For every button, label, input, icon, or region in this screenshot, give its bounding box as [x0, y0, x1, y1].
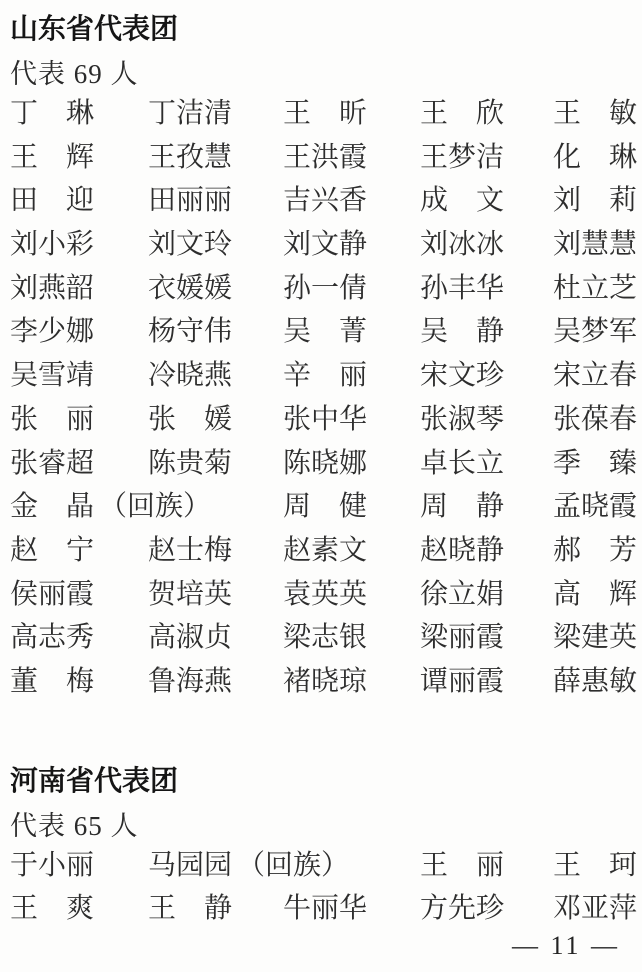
delegate-name-text: 徐立娟: [420, 579, 504, 611]
delegate-name-text: 丁洁清: [148, 98, 232, 130]
grid-row: 高志秀高淑贞梁志银梁丽霞梁建英: [10, 622, 632, 666]
delegate-name-text: 衣媛媛: [148, 273, 232, 305]
grid-row: 金晶（回族）周健周静孟晓霞: [10, 491, 632, 535]
grid-row: 吴雪靖冷晓燕辛丽宋文珍宋立春: [10, 360, 632, 404]
delegate-name: 张淑琴: [420, 404, 504, 436]
delegate-name: 方先珍: [420, 893, 504, 925]
delegate-name: 陈贵菊: [148, 448, 232, 480]
delegate-name-text: 杜立芝: [553, 273, 637, 305]
delegation-section-shandong: 山东省代表团 代表 69 人 丁琳丁洁清王昕王欣王敏王辉王孜慧王洪霞王梦洁化琳田…: [10, 12, 632, 710]
name-grid: 丁琳丁洁清王昕王欣王敏王辉王孜慧王洪霞王梦洁化琳田迎田丽丽吉兴香成文刘莉刘小彩刘…: [10, 98, 632, 710]
delegate-name-text: 刘文玲: [148, 229, 232, 261]
delegate-name: 侯丽霞: [10, 579, 94, 611]
delegate-name: 化琳: [553, 142, 637, 174]
delegate-name-text: 辛丽: [283, 360, 367, 392]
delegate-name: 刘莉: [553, 185, 637, 217]
delegate-name: 王珂: [553, 850, 637, 882]
delegate-name: 赵素文: [283, 535, 367, 567]
delegate-name: 吴菁: [283, 316, 367, 348]
delegate-name: 孙丰华: [420, 273, 504, 305]
delegate-name-text: 卓长立: [420, 448, 504, 480]
delegate-name: 成文: [420, 185, 504, 217]
page-number: — 11 —: [512, 931, 620, 961]
delegate-name-text: 于小丽: [10, 850, 94, 882]
delegate-name: 梁志银: [283, 622, 367, 654]
delegate-name: 鲁海燕: [148, 666, 232, 698]
delegate-name-text: 鲁海燕: [148, 666, 232, 698]
delegate-name: 陈晓娜: [283, 448, 367, 480]
delegate-name-text: 薛惠敏: [553, 666, 637, 698]
delegate-name-text: 董梅: [10, 666, 94, 698]
grid-row: 张睿超陈贵菊陈晓娜卓长立季臻: [10, 448, 632, 492]
delegate-name: 刘文玲: [148, 229, 232, 261]
grid-row: 田迎田丽丽吉兴香成文刘莉: [10, 185, 632, 229]
delegate-name-text: 周健: [283, 491, 367, 523]
delegate-name: 刘燕韶: [10, 273, 94, 305]
delegate-name-text: 王丽: [420, 850, 504, 882]
grid-row: 李少娜杨守伟吴菁吴静吴梦军: [10, 316, 632, 360]
delegate-name-text: 马园园: [148, 850, 232, 882]
delegate-name: 杨守伟: [148, 316, 232, 348]
delegate-name-text: 赵士梅: [148, 535, 232, 567]
delegate-name: 丁琳: [10, 98, 94, 130]
delegate-name: 邓亚萍: [553, 893, 637, 925]
delegate-name-text: 王孜慧: [148, 142, 232, 174]
delegate-name-text: 张淑琴: [420, 404, 504, 436]
delegate-name-text: 赵宁: [10, 535, 94, 567]
delegate-name-text: 贺培英: [148, 579, 232, 611]
delegate-name-text: 王爽: [10, 893, 94, 925]
delegate-name: 高淑贞: [148, 622, 232, 654]
delegate-name-text: 化琳: [553, 142, 637, 174]
delegate-name-text: 田迎: [10, 185, 94, 217]
delegate-name-text: 周静: [420, 491, 504, 523]
delegate-name-text: 高辉: [553, 579, 637, 611]
grid-row: 王辉王孜慧王洪霞王梦洁化琳: [10, 142, 632, 186]
delegate-name: 赵宁: [10, 535, 94, 567]
delegate-name-text: 方先珍: [420, 893, 504, 925]
delegate-name: 王昕: [283, 98, 367, 130]
delegate-name: 贺培英: [148, 579, 232, 611]
delegate-name-text: 吉兴香: [283, 185, 367, 217]
delegate-name-text: 王梦洁: [420, 142, 504, 174]
delegate-name-text: 褚晓琼: [283, 666, 367, 698]
delegate-name: 王静: [148, 893, 232, 925]
grid-row: 董梅鲁海燕褚晓琼谭丽霞薛惠敏: [10, 666, 632, 710]
delegate-name-text: 张葆春: [553, 404, 637, 436]
delegate-name-text: 高志秀: [10, 622, 94, 654]
delegate-name: 田丽丽: [148, 185, 232, 217]
delegate-name: 王孜慧: [148, 142, 232, 174]
delegate-name: 刘小彩: [10, 229, 94, 261]
delegate-name: 冷晓燕: [148, 360, 232, 392]
grid-row: 丁琳丁洁清王昕王欣王敏: [10, 98, 632, 142]
delegate-name-text: 宋立春: [553, 360, 637, 392]
delegate-name-text: 谭丽霞: [420, 666, 504, 698]
ethnic-note: （回族）: [99, 491, 211, 523]
delegate-name-text: 刘燕韶: [10, 273, 94, 305]
section-title: 山东省代表团: [10, 12, 632, 46]
delegate-name: 于小丽: [10, 850, 94, 882]
delegate-name: 郝芳: [553, 535, 637, 567]
delegate-name-text: 梁志银: [283, 622, 367, 654]
delegate-name-text: 吴梦军: [553, 316, 637, 348]
delegate-name-text: 宋文珍: [420, 360, 504, 392]
delegate-name: 王洪霞: [283, 142, 367, 174]
delegate-name: 孟晓霞: [553, 491, 637, 523]
delegate-name-text: 梁建英: [553, 622, 637, 654]
delegation-section-henan: 河南省代表团 代表 65 人 于小丽马园园（回族）王丽王珂王爽王静牛丽华方先珍邓…: [10, 764, 632, 937]
delegate-name: 张葆春: [553, 404, 637, 436]
grid-row: 刘燕韶衣媛媛孙一倩孙丰华杜立芝: [10, 273, 632, 317]
delegate-name-text: 侯丽霞: [10, 579, 94, 611]
ethnic-note: （回族）: [237, 850, 349, 882]
delegate-name-text: 刘莉: [553, 185, 637, 217]
delegate-name-text: 孙一倩: [283, 273, 367, 305]
delegate-name: 李少娜: [10, 316, 94, 348]
delegate-name-text: 吴静: [420, 316, 504, 348]
delegate-count: 代表 65 人: [10, 810, 632, 842]
delegate-name-text: 袁英英: [283, 579, 367, 611]
delegate-name-text: 赵素文: [283, 535, 367, 567]
delegate-name: 袁英英: [283, 579, 367, 611]
delegate-name: 周静: [420, 491, 504, 523]
delegate-name-text: 王昕: [283, 98, 367, 130]
delegate-name-text: 丁琳: [10, 98, 94, 130]
delegate-name-text: 王洪霞: [283, 142, 367, 174]
delegate-name: 马园园（回族）: [148, 850, 349, 882]
delegate-name-text: 刘文静: [283, 229, 367, 261]
delegate-name: 王丽: [420, 850, 504, 882]
delegate-name: 辛丽: [283, 360, 367, 392]
delegate-name-text: 张睿超: [10, 448, 94, 480]
delegate-name-text: 季臻: [553, 448, 637, 480]
delegate-name-text: 刘慧慧: [553, 229, 637, 261]
delegate-name-text: 刘冰冰: [420, 229, 504, 261]
delegate-name: 丁洁清: [148, 98, 232, 130]
delegate-name: 薛惠敏: [553, 666, 637, 698]
delegate-name-text: 王静: [148, 893, 232, 925]
delegate-name: 王梦洁: [420, 142, 504, 174]
delegate-name-text: 吴菁: [283, 316, 367, 348]
delegate-name: 刘慧慧: [553, 229, 637, 261]
delegate-name: 宋立春: [553, 360, 637, 392]
delegate-name-text: 孙丰华: [420, 273, 504, 305]
delegate-name-text: 王欣: [420, 98, 504, 130]
delegate-name: 牛丽华: [283, 893, 367, 925]
delegate-name: 张中华: [283, 404, 367, 436]
delegate-name: 赵士梅: [148, 535, 232, 567]
delegate-name: 赵晓静: [420, 535, 504, 567]
delegate-name: 张媛: [148, 404, 232, 436]
delegate-name-text: 王辉: [10, 142, 94, 174]
delegate-name-text: 陈贵菊: [148, 448, 232, 480]
delegate-name-text: 金晶: [10, 491, 94, 523]
delegate-name-text: 李少娜: [10, 316, 94, 348]
delegate-name-text: 梁丽霞: [420, 622, 504, 654]
delegate-name: 杜立芝: [553, 273, 637, 305]
delegate-name-text: 张中华: [283, 404, 367, 436]
delegate-name: 季臻: [553, 448, 637, 480]
grid-row: 刘小彩刘文玲刘文静刘冰冰刘慧慧: [10, 229, 632, 273]
name-grid: 于小丽马园园（回族）王丽王珂王爽王静牛丽华方先珍邓亚萍: [10, 850, 632, 937]
delegate-name-text: 田丽丽: [148, 185, 232, 217]
delegate-name-text: 刘小彩: [10, 229, 94, 261]
delegate-name: 梁建英: [553, 622, 637, 654]
delegate-name: 宋文珍: [420, 360, 504, 392]
grid-row: 张丽张媛张中华张淑琴张葆春: [10, 404, 632, 448]
delegate-name: 王辉: [10, 142, 94, 174]
delegate-name-text: 孟晓霞: [553, 491, 637, 523]
delegate-name-text: 冷晓燕: [148, 360, 232, 392]
delegate-name: 周健: [283, 491, 367, 523]
delegate-name: 张丽: [10, 404, 94, 436]
delegate-name-text: 邓亚萍: [553, 893, 637, 925]
grid-row: 于小丽马园园（回族）王丽王珂: [10, 850, 632, 894]
section-title: 河南省代表团: [10, 764, 632, 798]
delegate-name: 王欣: [420, 98, 504, 130]
delegate-name-text: 吴雪靖: [10, 360, 94, 392]
delegate-name: 高辉: [553, 579, 637, 611]
delegate-name-text: 张媛: [148, 404, 232, 436]
delegate-name: 褚晓琼: [283, 666, 367, 698]
delegate-name-text: 高淑贞: [148, 622, 232, 654]
delegate-name: 高志秀: [10, 622, 94, 654]
delegate-name-text: 郝芳: [553, 535, 637, 567]
delegate-name: 刘文静: [283, 229, 367, 261]
grid-row: 侯丽霞贺培英袁英英徐立娟高辉: [10, 579, 632, 623]
delegate-name: 张睿超: [10, 448, 94, 480]
delegate-name: 徐立娟: [420, 579, 504, 611]
delegate-name: 吴梦军: [553, 316, 637, 348]
delegate-name: 卓长立: [420, 448, 504, 480]
delegate-name-text: 牛丽华: [283, 893, 367, 925]
delegate-name: 王敏: [553, 98, 637, 130]
delegate-name: 王爽: [10, 893, 94, 925]
delegate-name: 梁丽霞: [420, 622, 504, 654]
delegate-name-text: 王珂: [553, 850, 637, 882]
grid-row: 赵宁赵士梅赵素文赵晓静郝芳: [10, 535, 632, 579]
delegate-name: 孙一倩: [283, 273, 367, 305]
delegate-name: 金晶（回族）: [10, 491, 211, 523]
delegate-name: 吉兴香: [283, 185, 367, 217]
delegate-name: 董梅: [10, 666, 94, 698]
delegate-name-text: 张丽: [10, 404, 94, 436]
document-page: 山东省代表团 代表 69 人 丁琳丁洁清王昕王欣王敏王辉王孜慧王洪霞王梦洁化琳田…: [0, 0, 642, 972]
delegate-name-text: 赵晓静: [420, 535, 504, 567]
delegate-name: 田迎: [10, 185, 94, 217]
delegate-name: 吴雪靖: [10, 360, 94, 392]
delegate-name: 谭丽霞: [420, 666, 504, 698]
delegate-name-text: 陈晓娜: [283, 448, 367, 480]
delegate-count: 代表 69 人: [10, 58, 632, 90]
delegate-name: 衣媛媛: [148, 273, 232, 305]
delegate-name-text: 王敏: [553, 98, 637, 130]
delegate-name: 刘冰冰: [420, 229, 504, 261]
delegate-name-text: 杨守伟: [148, 316, 232, 348]
delegate-name: 吴静: [420, 316, 504, 348]
delegate-name-text: 成文: [420, 185, 504, 217]
